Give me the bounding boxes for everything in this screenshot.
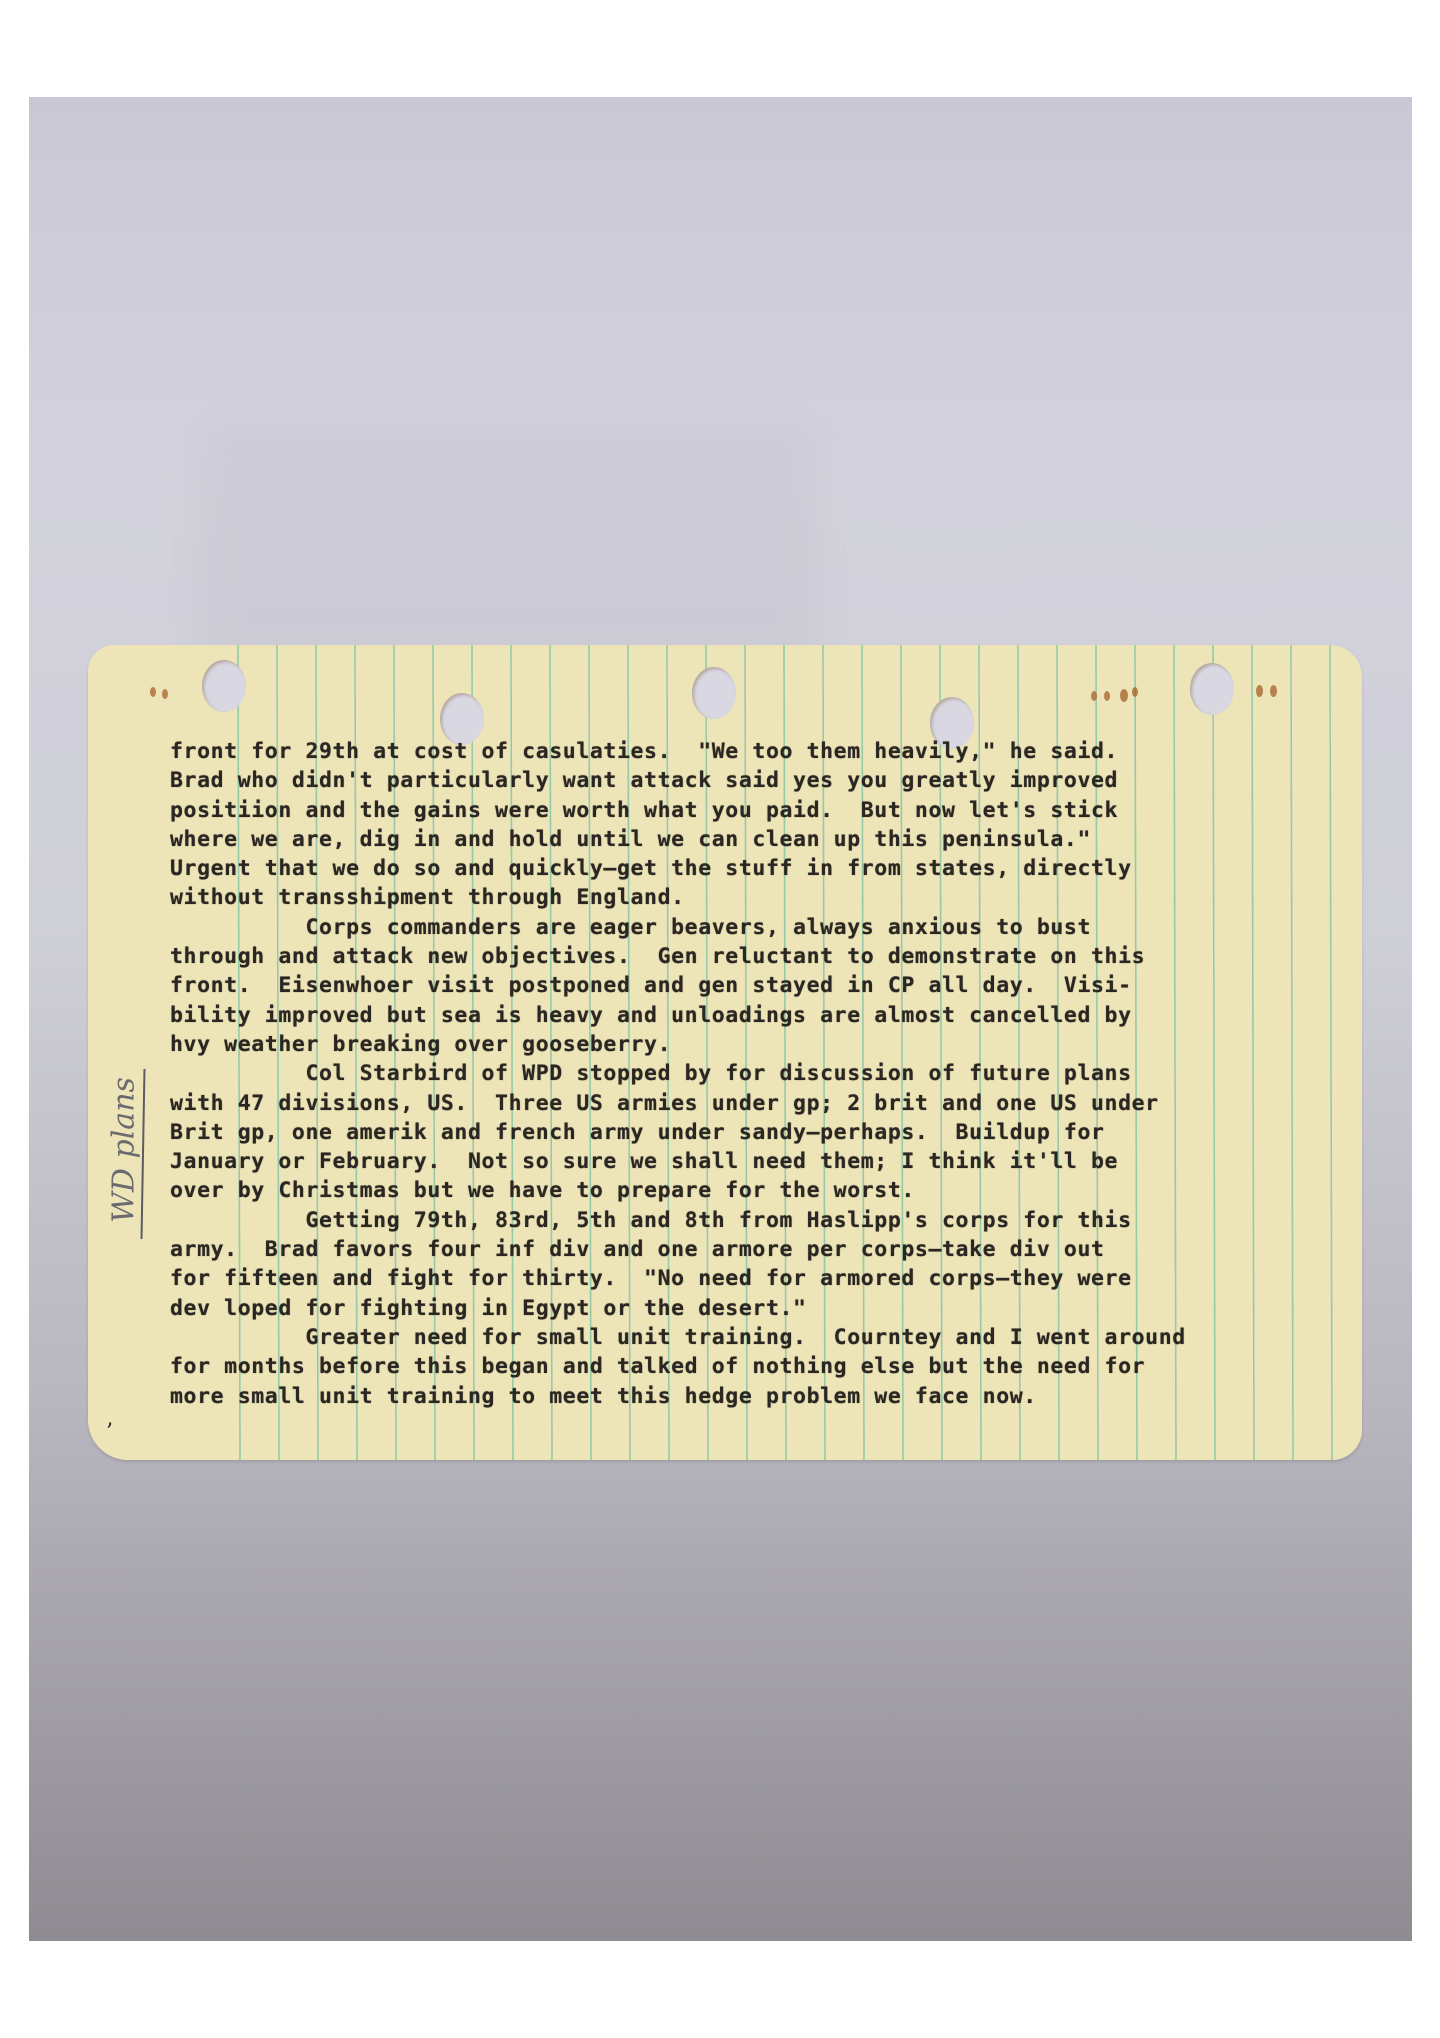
rust-spot xyxy=(1270,685,1277,697)
typed-line: January or February. Not so sure we shal… xyxy=(170,1149,1118,1174)
punch-hole-icon xyxy=(1190,663,1234,715)
typed-line: positiion and the gains were worth what … xyxy=(170,798,1118,823)
typed-line: Urgent that we do so and quickly—get the… xyxy=(170,856,1132,881)
typed-line: for months before this began and talked … xyxy=(170,1354,1145,1379)
typed-line: front. Eisenwhoer visit postponed and ge… xyxy=(170,973,1132,998)
typed-line: for fifteen and fight for thirty. "No ne… xyxy=(170,1266,1132,1291)
typed-line: through and attack new objectives. Gen r… xyxy=(170,944,1145,969)
punch-hole-icon xyxy=(202,660,246,712)
typed-line: army. Brad favors four inf div and one a… xyxy=(170,1237,1105,1262)
rust-spot xyxy=(1256,685,1263,697)
bleed-through-ghost xyxy=(199,427,819,667)
typed-line: over by Christmas but we have to prepare… xyxy=(170,1178,915,1203)
typed-line: with 47 divisions, US. Three US armies u… xyxy=(170,1091,1159,1116)
rust-spot xyxy=(1132,687,1138,697)
rust-spot xyxy=(1104,691,1110,701)
typed-text: front for 29th at cost of casulaties. "W… xyxy=(170,737,1350,1411)
typed-line: more small unit training to meet this he… xyxy=(170,1384,1037,1409)
typed-line: Corps commanders are eager beavers, alwa… xyxy=(170,915,1091,940)
typed-line: without transshipment through England. xyxy=(170,885,685,910)
diary-card: WD plans front for 29th at cost of casul… xyxy=(88,645,1362,1460)
margin-annotation: WD plans xyxy=(94,1055,154,1245)
rust-spot xyxy=(1120,689,1128,702)
rust-spot xyxy=(162,689,168,699)
punch-hole-icon xyxy=(692,667,736,719)
rust-spot xyxy=(1091,691,1097,701)
typed-line: Brit gp, one amerik and french army unde… xyxy=(170,1120,1105,1145)
typed-line: Greater need for small unit training. Co… xyxy=(170,1325,1186,1350)
margin-note-text: WD plans xyxy=(107,1077,142,1223)
corner-mark: ’ xyxy=(106,1420,113,1445)
typed-line: bility improved but sea is heavy and unl… xyxy=(170,1003,1132,1028)
typed-line: Brad who didn't particularly want attack… xyxy=(170,768,1118,793)
typed-line: Getting 79th, 83rd, 5th and 8th from Has… xyxy=(170,1208,1132,1233)
rust-spot xyxy=(150,687,156,697)
typed-line: Col Starbird of WPD stopped by for discu… xyxy=(170,1061,1132,1086)
typed-line: dev loped for fighting in Egypt or the d… xyxy=(170,1296,807,1321)
typed-line: hvy weather breaking over gooseberry. xyxy=(170,1032,671,1057)
typed-line: front for 29th at cost of casulaties. "W… xyxy=(170,739,1118,764)
typed-line: where we are, dig in and hold until we c… xyxy=(170,827,1091,852)
